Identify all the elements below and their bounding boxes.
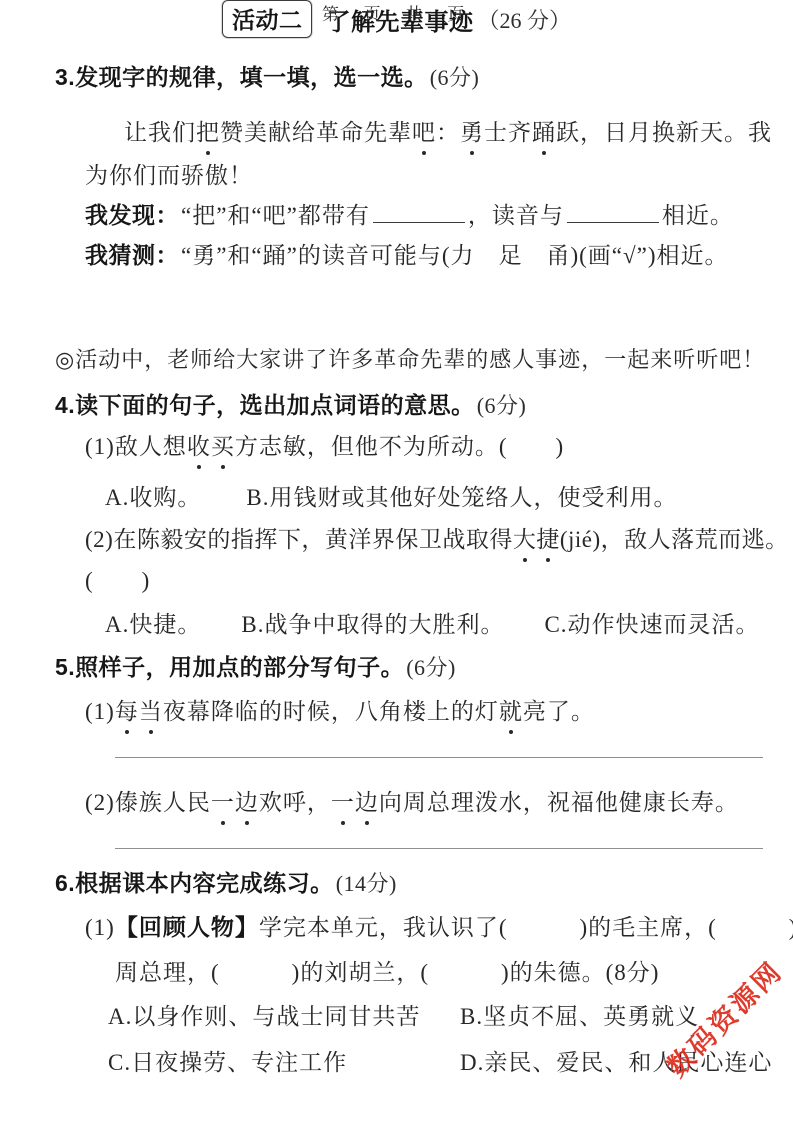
question-3-heading-text: 3.发现字的规律，填一填，选一选。	[55, 64, 428, 90]
q4-item-1-options: A.收购。 B.用钱财或其他好处笼络人，使受利用。	[105, 483, 677, 513]
q3-passage-line-2: 为你们而骄傲！	[85, 161, 253, 191]
activity-2-intro: ◎活动中，老师给大家讲了许多革命先辈的感人事迹，一起来听听吧！	[55, 345, 765, 375]
q4-item-2-option-b: B.战争中取得的大胜利。	[241, 610, 504, 640]
q6-option-c: C.日夜操劳、专注工作	[108, 1048, 460, 1078]
q4-item-1: (1)敌人想收买方志敏，但他不为所动。( )	[85, 432, 564, 462]
q4-item-2-answer-bracket: ( )	[85, 566, 150, 596]
question-4-score: (6分)	[477, 393, 527, 418]
question-6-heading: 6.根据课本内容完成练习。(14分)	[55, 868, 397, 899]
page-footer: 第 页 共 页	[0, 0, 793, 25]
question-5-heading-text: 5.照样子，用加点的部分写句子。	[55, 654, 404, 680]
question-3-score: (6分)	[430, 65, 480, 90]
q3-find-label: 我发现：	[85, 202, 179, 228]
q5-item-1: (1)每当夜幕降临的时候，八角楼上的灯就亮了。	[85, 697, 595, 727]
question-6-score: (14分)	[336, 871, 397, 896]
q5-item-2: (2)傣族人民一边欢呼，一边向周总理泼水，祝福他健康长寿。	[85, 788, 739, 818]
q4-item-1-option-b: B.用钱财或其他好处笼络人，使受利用。	[246, 483, 677, 513]
q3-find-text: “把”和“吧”都带有，读音与相近。	[181, 203, 734, 228]
q3-guess-label: 我猜测：	[85, 242, 179, 268]
question-5-heading: 5.照样子，用加点的部分写句子。(6分)	[55, 652, 456, 683]
q6-option-b: B.坚贞不屈、英勇就义	[460, 1002, 699, 1032]
q4-item-2: (2)在陈毅安的指挥下，黄洋界保卫战取得大捷(jié)，敌人落荒而逃。	[85, 525, 789, 555]
q6-options-row-1: A.以身作则、与战士同甘共苦 B.坚贞不屈、英勇就义	[108, 1002, 699, 1032]
q4-item-2-option-c: C.动作快速而灵活。	[544, 610, 759, 640]
question-4-heading-text: 4.读下面的句子，选出加点词语的意思。	[55, 392, 475, 418]
q3-guess-line: 我猜测：“勇”和“踊”的读音可能与(力 足 甬)(画“√”)相近。	[85, 240, 729, 271]
q5-item-1-answer-line	[115, 757, 763, 758]
question-3-heading: 3.发现字的规律，填一填，选一选。(6分)	[55, 62, 479, 93]
worksheet-page: 3.发现字的规律，填一填，选一选。(6分) 让我们把赞美献给革命先辈吧：勇士齐踊…	[0, 0, 793, 1122]
question-6-heading-text: 6.根据课本内容完成练习。	[55, 870, 334, 896]
q6-option-a: A.以身作则、与战士同甘共苦	[108, 1002, 460, 1032]
q6-option-d: D.亲民、爱民、和人民心连心	[460, 1048, 772, 1078]
q3-guess-text: “勇”和“踊”的读音可能与(力 足 甬)(画“√”)相近。	[181, 243, 729, 268]
question-5-score: (6分)	[406, 655, 456, 680]
q6-item-1-line-1: (1)【回顾人物】学完本单元，我认识了( )的毛主席，( )的	[85, 912, 793, 943]
q5-item-2-answer-line	[115, 848, 763, 849]
q6-item-1-line-2: 周总理，( )的刘胡兰，( )的朱德。(8分)	[115, 958, 659, 988]
q3-passage-line-1: 让我们把赞美献给革命先辈吧：勇士齐踊跃，日月换新天。我	[124, 118, 772, 148]
q4-item-1-option-a: A.收购。	[105, 483, 201, 513]
question-4-heading: 4.读下面的句子，选出加点词语的意思。(6分)	[55, 390, 526, 421]
q3-find-line: 我发现：“把”和“吧”都带有，读音与相近。	[85, 199, 734, 231]
q4-item-2-option-a: A.快捷。	[105, 610, 201, 640]
q4-item-2-options: A.快捷。 B.战争中取得的大胜利。 C.动作快速而灵活。	[105, 610, 760, 640]
